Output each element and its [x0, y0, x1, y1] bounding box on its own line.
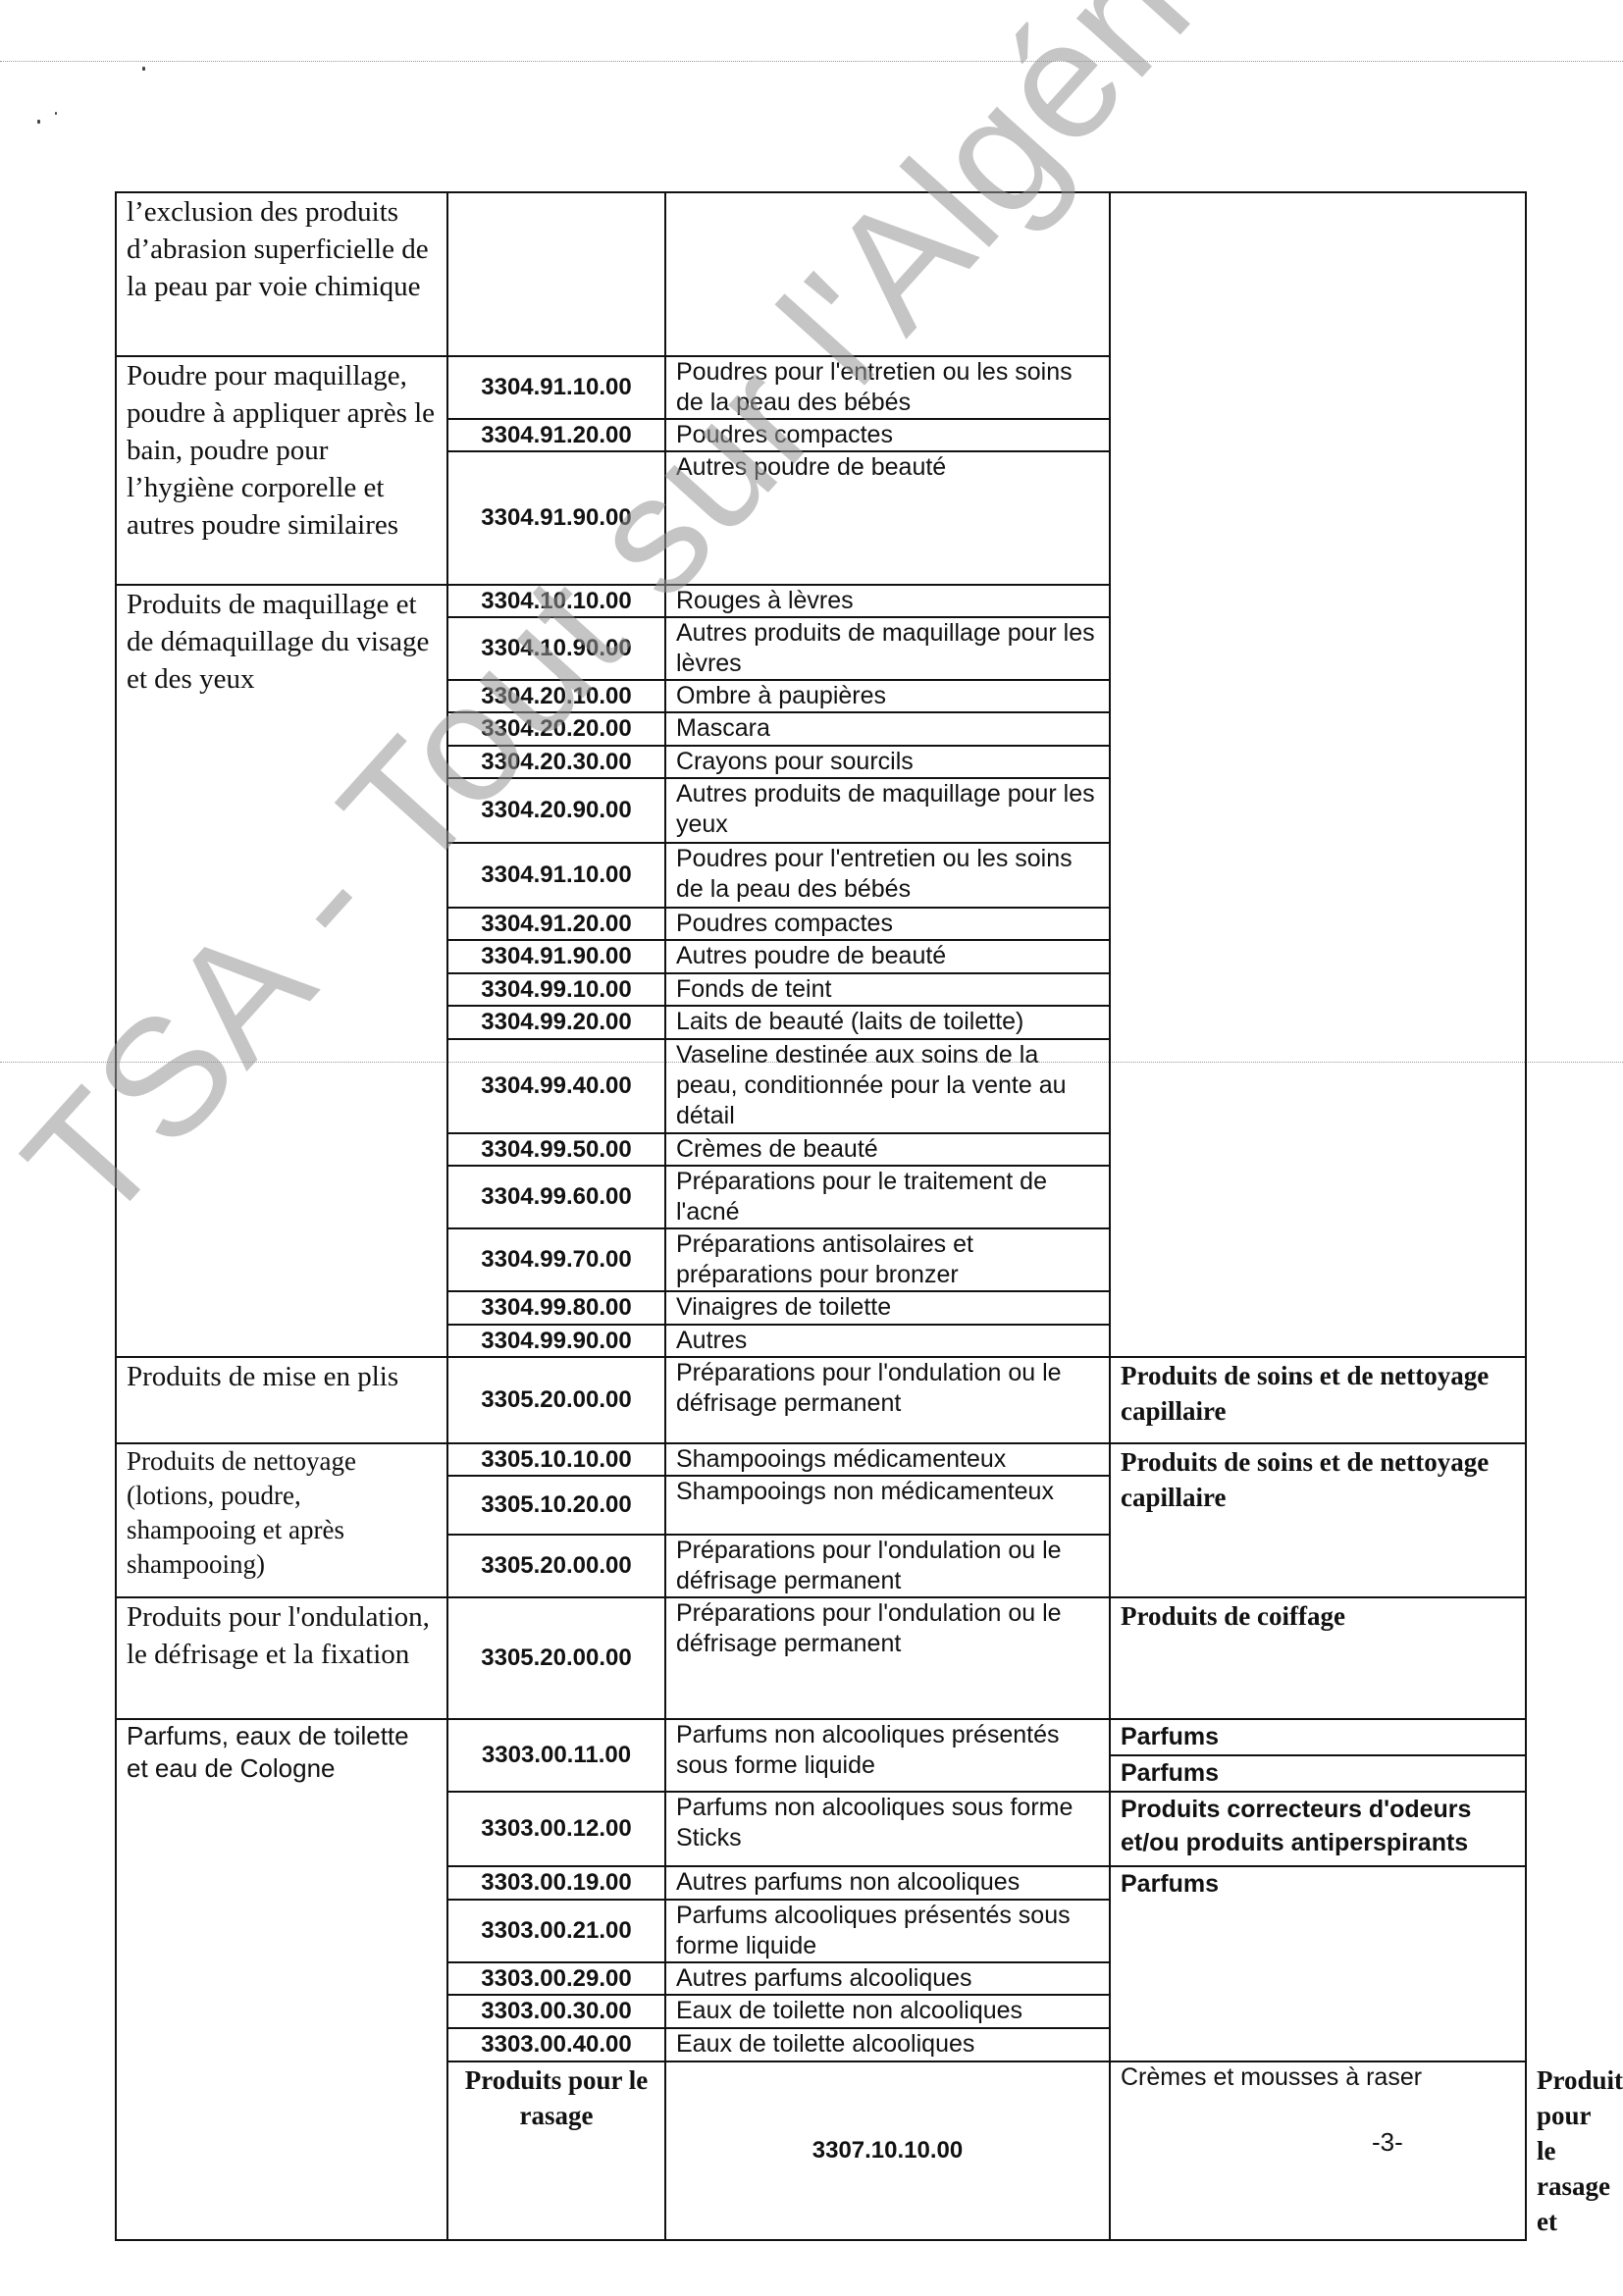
code-cell: 3304.91.10.00 — [447, 356, 665, 419]
code-cell: 3304.20.90.00 — [447, 778, 665, 843]
code-cell: 3303.00.29.00 — [447, 1962, 665, 1995]
desc-cell: Autres produits de maquillage pour les y… — [665, 778, 1110, 843]
desc-cell: Poudres compactes — [665, 908, 1110, 940]
desc-cell: Autres poudre de beauté — [665, 451, 1110, 585]
table-row: Parfums, eaux de toilette et eau de Colo… — [116, 1719, 1526, 1755]
desc-cell: Laits de beauté (laits de toilette) — [665, 1006, 1110, 1039]
desc-cell: Ombre à paupières — [665, 680, 1110, 712]
code-cell: 3303.00.11.00 — [447, 1719, 665, 1792]
group-cell: Poudre pour maquillage, poudre à appliqu… — [116, 356, 447, 585]
code-cell: 3305.20.00.00 — [447, 1535, 665, 1597]
desc-cell: Eaux de toilette non alcooliques — [665, 1995, 1110, 2028]
code-cell: 3303.00.30.00 — [447, 1995, 665, 2028]
code-cell: 3305.10.20.00 — [447, 1476, 665, 1535]
desc-cell: Shampooings non médicamenteux — [665, 1476, 1110, 1535]
desc-cell: Autres poudre de beauté — [665, 940, 1110, 973]
page-number: -3- — [1372, 2127, 1403, 2158]
table-row: Produits pour l'ondulation, le défrisage… — [116, 1597, 1526, 1719]
desc-cell: Autres parfums non alcooliques — [665, 1866, 1110, 1900]
code-cell: 3304.20.30.00 — [447, 746, 665, 778]
desc-cell: Autres parfums alcooliques — [665, 1962, 1110, 1995]
desc-cell: Poudres pour l'entretien ou les soins de… — [665, 843, 1110, 908]
desc-cell: Mascara — [665, 712, 1110, 746]
desc-cell: Préparations pour l'ondulation ou le déf… — [665, 1597, 1110, 1719]
group-cell: Produits pour l'ondulation, le défrisage… — [116, 1597, 447, 1719]
desc-cell: Vinaigres de toilette — [665, 1291, 1110, 1325]
category-cell: Parfums — [1110, 1866, 1526, 2061]
desc-cell: Préparations pour l'ondulation ou le déf… — [665, 1357, 1110, 1443]
desc-cell — [665, 192, 1110, 356]
code-cell: 3304.10.90.00 — [447, 617, 665, 680]
desc-cell: Crèmes et mousses à raser — [1110, 2061, 1526, 2240]
desc-cell: Fonds de teint — [665, 973, 1110, 1006]
desc-cell: Vaseline destinée aux soins de la peau, … — [665, 1039, 1110, 1133]
group-cell: Parfums, eaux de toilette et eau de Colo… — [116, 1719, 447, 2240]
code-cell: 3304.99.60.00 — [447, 1166, 665, 1228]
category-cell: Produits correcteurs d'odeurs et/ou prod… — [1110, 1792, 1526, 1866]
code-cell: 3304.99.20.00 — [447, 1006, 665, 1039]
code-cell: 3303.00.19.00 — [447, 1866, 665, 1900]
desc-cell: Parfums non alcooliques présentés sous f… — [665, 1719, 1110, 1792]
category-cell: Parfums — [1110, 1755, 1526, 1792]
code-cell: 3303.00.12.00 — [447, 1792, 665, 1866]
category-cell: Produits de soins et de nettoyage capill… — [1110, 1443, 1526, 1597]
code-cell: 3304.91.90.00 — [447, 940, 665, 973]
group-cell: Produits pour le rasage — [447, 2061, 665, 2240]
code-cell: 3307.10.10.00 — [665, 2061, 1110, 2240]
code-cell: 3304.99.90.00 — [447, 1325, 665, 1357]
code-cell: 3304.99.70.00 — [447, 1228, 665, 1291]
code-cell: 3304.99.10.00 — [447, 973, 665, 1006]
desc-cell: Shampooings médicamenteux — [665, 1443, 1110, 1476]
code-cell: 3304.20.20.00 — [447, 712, 665, 746]
code-cell: 3304.91.90.00 — [447, 451, 665, 585]
code-cell: 3303.00.21.00 — [447, 1900, 665, 1962]
desc-cell: Préparations pour l'ondulation ou le déf… — [665, 1535, 1110, 1597]
scan-speck — [37, 120, 40, 124]
desc-cell: Crèmes de beauté — [665, 1133, 1110, 1166]
customs-code-table: l’exclusion des produits d’abrasion supe… — [115, 191, 1527, 2241]
desc-cell: Eaux de toilette alcooliques — [665, 2028, 1110, 2061]
table-row: l’exclusion des produits d’abrasion supe… — [116, 192, 1526, 356]
table-row: Produits de mise en plis 3305.20.00.00 P… — [116, 1357, 1526, 1443]
category-cell — [1110, 192, 1526, 1357]
desc-cell: Préparations antisolaires et préparation… — [665, 1228, 1110, 1291]
code-cell: 3304.99.50.00 — [447, 1133, 665, 1166]
desc-cell: Préparations pour le traitement de l'acn… — [665, 1166, 1110, 1228]
desc-cell: Poudres pour l'entretien ou les soins de… — [665, 356, 1110, 419]
scan-artifact-line-top — [0, 61, 1623, 62]
code-cell: 3304.91.20.00 — [447, 908, 665, 940]
code-cell: 3304.20.10.00 — [447, 680, 665, 712]
code-cell — [447, 192, 665, 356]
group-cell: l’exclusion des produits d’abrasion supe… — [116, 192, 447, 356]
code-cell: 3304.99.80.00 — [447, 1291, 665, 1325]
desc-cell: Rouges à lèvres — [665, 585, 1110, 617]
group-cell: Produits de nettoyage (lotions, poudre, … — [116, 1443, 447, 1597]
desc-cell: Parfums non alcooliques sous forme Stick… — [665, 1792, 1110, 1866]
code-cell: 3304.99.40.00 — [447, 1039, 665, 1133]
code-cell: 3304.10.10.00 — [447, 585, 665, 617]
desc-cell: Parfums alcooliques présentés sous forme… — [665, 1900, 1110, 1962]
table-row: Produits de nettoyage (lotions, poudre, … — [116, 1443, 1526, 1476]
category-cell: Parfums — [1110, 1719, 1526, 1755]
code-cell: 3303.00.40.00 — [447, 2028, 665, 2061]
scan-speck — [55, 112, 57, 115]
category-cell: Produits de coiffage — [1110, 1597, 1526, 1719]
desc-cell: Crayons pour sourcils — [665, 746, 1110, 778]
code-cell: 3304.91.20.00 — [447, 419, 665, 451]
code-cell: 3305.20.00.00 — [447, 1357, 665, 1443]
group-cell: Produits de mise en plis — [116, 1357, 447, 1443]
desc-cell: Poudres compactes — [665, 419, 1110, 451]
code-cell: 3304.91.10.00 — [447, 843, 665, 908]
desc-cell: Autres — [665, 1325, 1110, 1357]
scan-speck — [142, 67, 145, 71]
code-cell: 3305.20.00.00 — [447, 1597, 665, 1719]
desc-cell: Autres produits de maquillage pour les l… — [665, 617, 1110, 680]
group-cell: Produits de maquillage et de démaquillag… — [116, 585, 447, 1357]
category-cell: Produits de soins et de nettoyage capill… — [1110, 1357, 1526, 1443]
code-cell: 3305.10.10.00 — [447, 1443, 665, 1476]
